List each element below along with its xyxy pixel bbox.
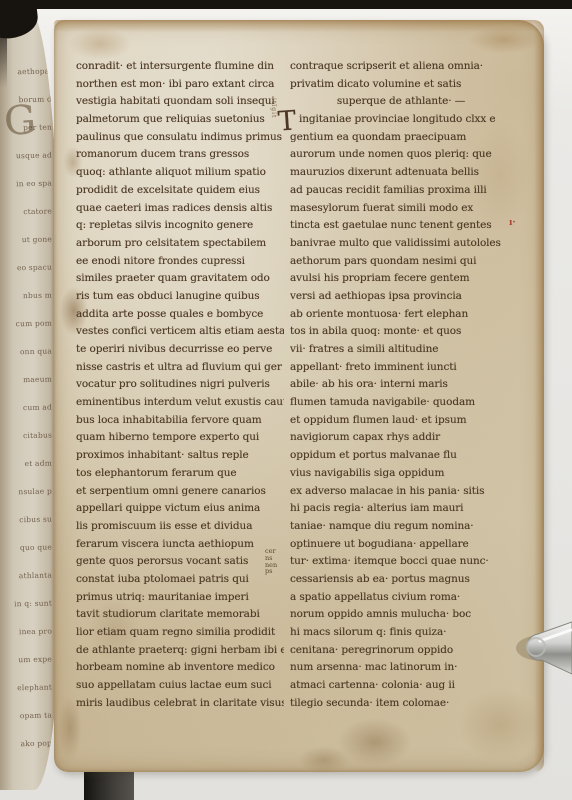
manuscript-text-line: masesylorum fuerat simili modo ex xyxy=(290,200,512,218)
manuscript-text-line: de athlante praeterq: gigni herbam ibi e… xyxy=(76,642,284,660)
rubric-mark: ı· xyxy=(509,218,516,228)
manuscript-text-line: te operiri nivibus decurrisse eo perve xyxy=(76,341,284,359)
facing-page-text-fragment: nbus m xyxy=(0,281,60,310)
manuscript-text-line: vestigia habitati quondam soli insequi xyxy=(76,93,284,111)
manuscript-text-line: privatim dicato volumine et satis xyxy=(290,76,512,94)
manuscript-text-line: lior etiam quam regno similia prodidit xyxy=(76,624,284,642)
manuscript-text-line: conradit· et intersurgente flumine din xyxy=(76,58,284,76)
facing-page-text-fragment: nsulae p xyxy=(0,477,60,506)
manuscript-text-line: aurorum unde nomen quos pleriq: que xyxy=(290,146,512,164)
manuscript-text-line: contraque scripserit et aliena omnia· xyxy=(290,58,512,76)
manuscript-text-line: lis promiscuum iis esse et dividua xyxy=(76,518,284,536)
manuscript-text-line: taniae· namque diu regum nomina· xyxy=(290,518,512,536)
facing-page-text-fragment: in q: sunt xyxy=(0,589,60,618)
manuscript-text-line: quae caeteri imas radices densis altis xyxy=(76,200,284,218)
facing-page-text-fragment: cibus su xyxy=(0,505,60,534)
manuscript-text-line: tos in abila quoq: monte· et quos xyxy=(290,323,512,341)
manuscript-text-line: vocatur pro solitudines nigri pulveris xyxy=(76,376,284,394)
manuscript-text-line: et oppidum flumen laud· et ipsum xyxy=(290,412,512,430)
marginal-gloss-vertical: itĩgit xyxy=(270,98,277,118)
facing-page-text-fragment: in eo spa xyxy=(0,169,60,198)
manuscript-text-line: miris laudibus celebrat in claritate vis… xyxy=(76,695,284,713)
manuscript-text-line: eminentibus interdum velut exustis cauti xyxy=(76,394,284,412)
manuscript-text-line: arborum pro celsitatem spectabilem xyxy=(76,235,284,253)
stain xyxy=(68,28,132,60)
manuscript-text-line: vii· fratres a simili altitudine xyxy=(290,341,512,359)
spine-shadow-left xyxy=(0,8,7,88)
manuscript-text-line: paulinus que consulatu indimus primus xyxy=(76,129,284,147)
manuscript-text-line: avulsi his propriam fecere gentem xyxy=(290,270,512,288)
manuscript-text-line: addita arte posse quales e bombyce xyxy=(76,306,284,324)
facing-page-text-fragment: usque ad xyxy=(0,141,60,170)
manuscript-text-line: num arsenna· mac latinorum in· xyxy=(290,659,512,677)
manuscript-text-line: optinuere ut bogudiana· appellare xyxy=(290,536,512,554)
manuscript-text-line: similes praeter quam gravitatem odo xyxy=(76,270,284,288)
facing-page-text-fragment: eo spacu xyxy=(0,253,60,282)
manuscript-text-line: gentium ea quondam praecipuam xyxy=(290,129,512,147)
initial-letter-T: T xyxy=(277,105,297,137)
manuscript-text-line: romanorum ducem trans gressos xyxy=(76,146,284,164)
manuscript-text-line: horbeam nomine ab inventore medico xyxy=(76,659,284,677)
manuscript-text-line: tilegio secunda· item colomae· xyxy=(290,695,512,713)
manuscript-text-line: a spatio appellatus civium roma· xyxy=(290,589,512,607)
manuscript-text-line: cessariensis ab ea· portus magnus xyxy=(290,571,512,589)
page-weight-icon xyxy=(514,600,572,696)
manuscript-text-line: quoq: athlante aliquot milium spatio xyxy=(76,164,284,182)
manuscript-text-line: banivrae multo que validissimi autololes xyxy=(290,235,512,253)
facing-page-text-fragment: opam ta xyxy=(0,701,60,730)
manuscript-text-line: cenitana· peregrinorum oppido xyxy=(290,642,512,660)
manuscript-text-line: et serpentium omni genere canarios xyxy=(76,483,284,501)
manuscript-text-line: mauruzios dixerunt adtenuata bellis xyxy=(290,164,512,182)
manuscript-text-line: vius navigabilis siga oppidum xyxy=(290,465,512,483)
facing-page-text-fragment: um expe xyxy=(0,645,60,674)
manuscript-text-line: norum oppido amnis mulucha· boc xyxy=(290,606,512,624)
left-text-column: conradit· et intersurgente flumine dinno… xyxy=(76,58,284,712)
manuscript-text-line: ingitaniae provinciae longitudo clxx e xyxy=(290,111,512,129)
manuscript-text-line: tavit studiorum claritate memorabi xyxy=(76,606,284,624)
facing-page-text-fragment: inea pro xyxy=(0,617,60,646)
facing-page-text-fragment: elephant xyxy=(0,673,60,702)
facing-page-text-fragment: cum pom xyxy=(0,309,60,338)
manuscript-text-line: navigiorum capax rhys addir xyxy=(290,429,512,447)
stain xyxy=(298,746,350,774)
manuscript-text-line: oppidum et portus malvanae flu xyxy=(290,447,512,465)
manuscript-text-line: primus utriq: mauritaniae imperi xyxy=(76,589,284,607)
facing-page-text-fragment: ako pop xyxy=(0,729,60,758)
facing-page-text-fragment: ut gone xyxy=(0,225,60,254)
manuscript-text-line: palmetorum que reliquias suetonius xyxy=(76,111,284,129)
manuscript-text-line: proximos inhabitant· saltus reple xyxy=(76,447,284,465)
manuscript-text-line: ad paucas recidit familias proxima illi xyxy=(290,182,512,200)
stain xyxy=(338,718,412,766)
manuscript-text-line: quam hiberno tempore experto qui xyxy=(76,429,284,447)
manuscript-text-line: nisse castris et ultra ad fluvium qui ge… xyxy=(76,359,284,377)
facing-page-edge: aethopa·borum dper tenusque adin eo spac… xyxy=(0,12,60,790)
manuscript-text-line: tos elephantorum ferarum que xyxy=(76,465,284,483)
facing-page-initial-letter: G xyxy=(2,97,37,145)
manuscript-text-line: ee enodi nitore frondes cupressi xyxy=(76,253,284,271)
manuscript-text-line: gente quos perorsus vocant satis xyxy=(76,553,284,571)
manuscript-text-line: tur· extima· itemque bocci quae nunc· xyxy=(290,553,512,571)
page-top-edge xyxy=(54,20,544,32)
right-text-column: contraque scripserit et aliena omnia·pri… xyxy=(290,58,512,712)
facing-page-text-fragment: cum ad xyxy=(0,393,60,422)
manuscript-text-line: ex adverso malacae in his pania· sitis xyxy=(290,483,512,501)
manuscript-text-line: flumen tamuda navigabile· quodam xyxy=(290,394,512,412)
manuscript-text-line: northen est mon· ibi paro extant circa xyxy=(76,76,284,94)
facing-page-text-fragment: et adm xyxy=(0,449,60,478)
manuscript-text-line: suo appellatam cuius lactae eum suci xyxy=(76,677,284,695)
manuscript-text-line: hi pacis regia· alterius iam mauri xyxy=(290,500,512,518)
marginal-gloss-line: ps xyxy=(265,568,287,575)
facing-page-fragments: aethopa·borum dper tenusque adin eo spac… xyxy=(0,58,60,758)
page-weight-tool xyxy=(514,600,572,696)
manuscript-text-line: atmaci cartenna· colonia· aug ii xyxy=(290,677,512,695)
facing-page-text-fragment: quo que xyxy=(0,533,60,562)
manuscript-text-line: ferarum viscera iuncta aethiopum xyxy=(76,536,284,554)
manuscript-text-line: aethorum pars quondam nesimi qui xyxy=(290,253,512,271)
manuscript-photo: aethopa·borum dper tenusque adin eo spac… xyxy=(0,0,572,800)
manuscript-text-line: prodidit de excelsitate quidem eius xyxy=(76,182,284,200)
manuscript-text-line: appellari quippe victum eius anima xyxy=(76,500,284,518)
manuscript-text-line: ris tum eas obduci lanugine quibus xyxy=(76,288,284,306)
manuscript-page: conradit· et intersurgente flumine dinno… xyxy=(54,20,544,772)
scan-top-border xyxy=(0,0,572,9)
facing-page-text-fragment: citabus xyxy=(0,421,60,450)
facing-page-text-fragment: maeum xyxy=(0,365,60,394)
facing-page-text-fragment: athlanta xyxy=(0,561,60,590)
marginal-gloss: cernsnenps xyxy=(265,548,287,575)
facing-page-text-fragment: onn qua xyxy=(0,337,60,366)
manuscript-text-line: tincta est gaetulae nunc tenent gentes xyxy=(290,217,512,235)
facing-page-text-fragment: ctatore xyxy=(0,197,60,226)
manuscript-text-line: q: repletas silvis incognito genere xyxy=(76,217,284,235)
manuscript-text-line: superque de athlante· — xyxy=(290,93,512,111)
manuscript-text-line: constat iuba ptolomaei patris qui xyxy=(76,571,284,589)
facing-page-text-fragment: aethopa· xyxy=(0,57,60,86)
manuscript-text-line: versi ad aethiopas ipsa provincia xyxy=(290,288,512,306)
manuscript-text-line: abile· ab his ora· interni maris xyxy=(290,376,512,394)
manuscript-text-line: appellant· freto imminent iuncti xyxy=(290,359,512,377)
manuscript-text-line: vestes confici verticem altis etiam aest… xyxy=(76,323,284,341)
manuscript-text-line: hi macs silorum q: finis quiza· xyxy=(290,624,512,642)
manuscript-text-line: bus loca inhabitabilia fervore quam xyxy=(76,412,284,430)
manuscript-text-line: ab oriente montuosa· fert elephan xyxy=(290,306,512,324)
